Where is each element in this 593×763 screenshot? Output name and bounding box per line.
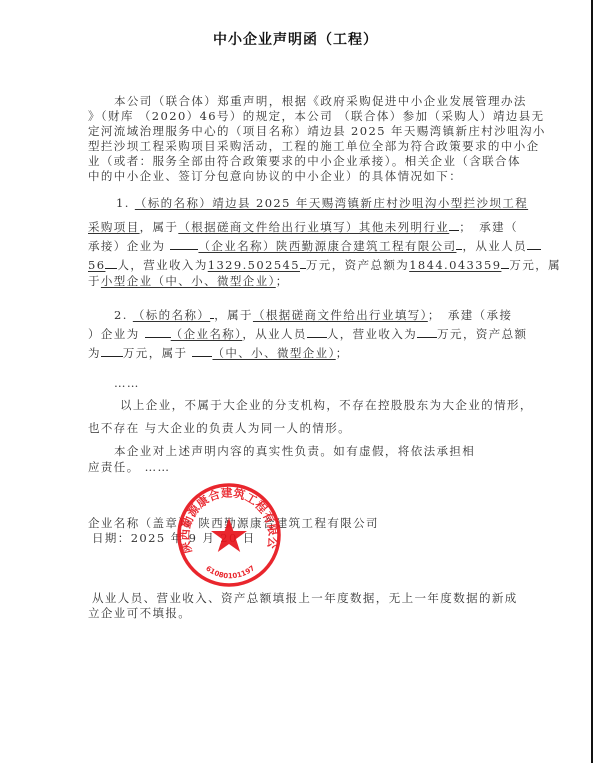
- item1-company-blank: [170, 238, 198, 250]
- note-line-1: 从业人员、营业收入、资产总额填报上一年度数据，无上一年度数据的新成: [92, 591, 518, 605]
- statement1-line-2: 也不存在 与大企业的负责人为同一人的情形。: [88, 421, 351, 435]
- item2-revenue-blank: [417, 326, 437, 338]
- item1-revenue: 1329.502545: [208, 258, 300, 272]
- item2-type-blank: [192, 345, 212, 357]
- item1-belongs-prefix: 于: [88, 274, 101, 288]
- item1-industry: （根据磋商文件给出行业填写）其他未列明行业: [178, 220, 449, 234]
- intro-line-1: 本公司（联合体）郑重声明，根据《政府采购促进中小企业发展管理办法: [114, 94, 527, 108]
- item2-assets-prefix: 为: [88, 346, 101, 360]
- item2-company-blank: [145, 326, 171, 338]
- item2-subject-name: （标的名称）: [133, 308, 210, 322]
- item1-company-name: （企业名称）陕西勤源康合建筑工程有限公司: [198, 239, 456, 253]
- item2-employees-label: ，从业人员: [242, 327, 307, 341]
- item1-belongs-label: ，属于: [140, 220, 179, 234]
- document-page: 中小企业声明函（工程） 本公司（联合体）郑重声明，根据《政府采购促进中小企业发展…: [0, 0, 593, 763]
- intro-line-2: 》（财库 （2020）46号）的规定，本公司 （联合体）参加（采购人）靖边县无: [88, 109, 545, 123]
- item1-line-4: 56人，营业收入为1329.502545万元，资产总额为1844.043359万…: [88, 257, 561, 272]
- item2-number: 2.: [114, 308, 128, 322]
- item2-employees-blank: [307, 326, 327, 338]
- item1-line-2: 采购项目，属于（根据磋商文件给出行业填写）其他未列明行业； 承建（: [88, 219, 518, 234]
- item2-line-3: 为万元，属于 （中、小、微型企业）；: [88, 345, 349, 360]
- item2-line-2: ）企业为 （企业名称），从业人员人，营业收入为万元，资产总额: [88, 326, 527, 341]
- item1-employees-blank-end: [105, 257, 117, 269]
- item2-company-name: （企业名称）: [171, 327, 243, 341]
- intro-line-5: 业（或者：服务全部由符合政策要求的中小企业承接）。相关企业（含联合体: [88, 154, 521, 168]
- ellipsis: ……: [114, 376, 140, 390]
- item1-line-3: 承接）企业为 （企业名称）陕西勤源康合建筑工程有限公司，从业人员: [88, 238, 541, 253]
- item1-line-1: 1. （标的名称）靖边县 2025 年天赐湾镇新庄村沙咀沟小型拦沙坝工程: [116, 196, 528, 210]
- item2-employees-unit: 人，营业收入为: [327, 327, 417, 341]
- item1-employees-label: ，从业人员: [462, 239, 527, 253]
- statement1-line-1: 以上企业，不属于大企业的分支机构，不存在控股股东为大企业的情形，: [120, 398, 533, 412]
- item2-line-1: 2. （标的名称），属于（根据磋商文件给出行业填写）； 承建（承接: [114, 307, 512, 322]
- statement2-line-2: 应责任。 ……: [88, 460, 170, 474]
- item1-line-5: 于小型企业（中、小、微型企业）；: [88, 274, 289, 288]
- item2-assets-blank: [101, 345, 123, 357]
- item1-industry-blank: [449, 219, 459, 231]
- document-title: 中小企业声明函（工程）: [0, 29, 591, 49]
- note-line-2: 立企业可不填报。: [88, 606, 191, 620]
- signature-date-label: 日期：: [92, 531, 131, 545]
- statement2-line-1: 本企业对上述声明内容的真实性负责。如有虚假，将依法承担相: [114, 444, 475, 458]
- item2-revenue-unit: 万元，资产总额: [437, 327, 527, 341]
- item1-number: 1.: [116, 196, 130, 210]
- item2-contractor-label2: ）企业为: [88, 327, 140, 341]
- item2-end: ；: [336, 346, 349, 360]
- item1-employees: 56: [88, 258, 105, 272]
- item1-employees-unit: 人，营业收入为: [117, 258, 207, 272]
- item1-employees-blank: [527, 238, 541, 250]
- item1-enterprise-type: 小型企业（中、小、微型企业）: [101, 274, 276, 288]
- item1-revenue-unit: 万元，资产总额为: [306, 258, 409, 272]
- intro-line-4: 型拦沙坝工程采购项目采购活动，工程的施工单位全部为符合政策要求的中小企: [88, 139, 540, 153]
- item1-assets: 1844.043359: [409, 258, 501, 272]
- item2-belongs-label: ，属于: [214, 308, 253, 322]
- item2-assets-unit: 万元，属于: [123, 346, 188, 360]
- item2-contractor-label: ； 承建（承接: [428, 308, 513, 322]
- item1-assets-unit: 万元，属: [509, 258, 561, 272]
- item2-industry: （根据磋商文件给出行业填写）: [253, 308, 428, 322]
- item2-enterprise-type: （中、小、微型企业）: [212, 346, 335, 360]
- intro-line-3: 定河流域治理服务中心的（项目名称）靖边县 2025 年天赐湾镇新庄村沙咀沟小: [88, 124, 546, 138]
- item1-subject-name-cont: 采购项目: [88, 220, 140, 234]
- item1-end: ；: [276, 274, 289, 288]
- item1-contractor-label2: 承接）企业为: [88, 239, 165, 253]
- company-seal-icon: 陕西勤源康合建筑工程有限公司 6108010119781: [176, 482, 282, 588]
- intro-line-6: 中的中小企业、签订分包意向协议的中小企业）的具体情况如下：: [88, 169, 462, 183]
- item1-subject-name: （标的名称）靖边县 2025 年天赐湾镇新庄村沙咀沟小型拦沙坝工程: [135, 196, 528, 210]
- item1-contractor-label: ； 承建（: [459, 220, 518, 234]
